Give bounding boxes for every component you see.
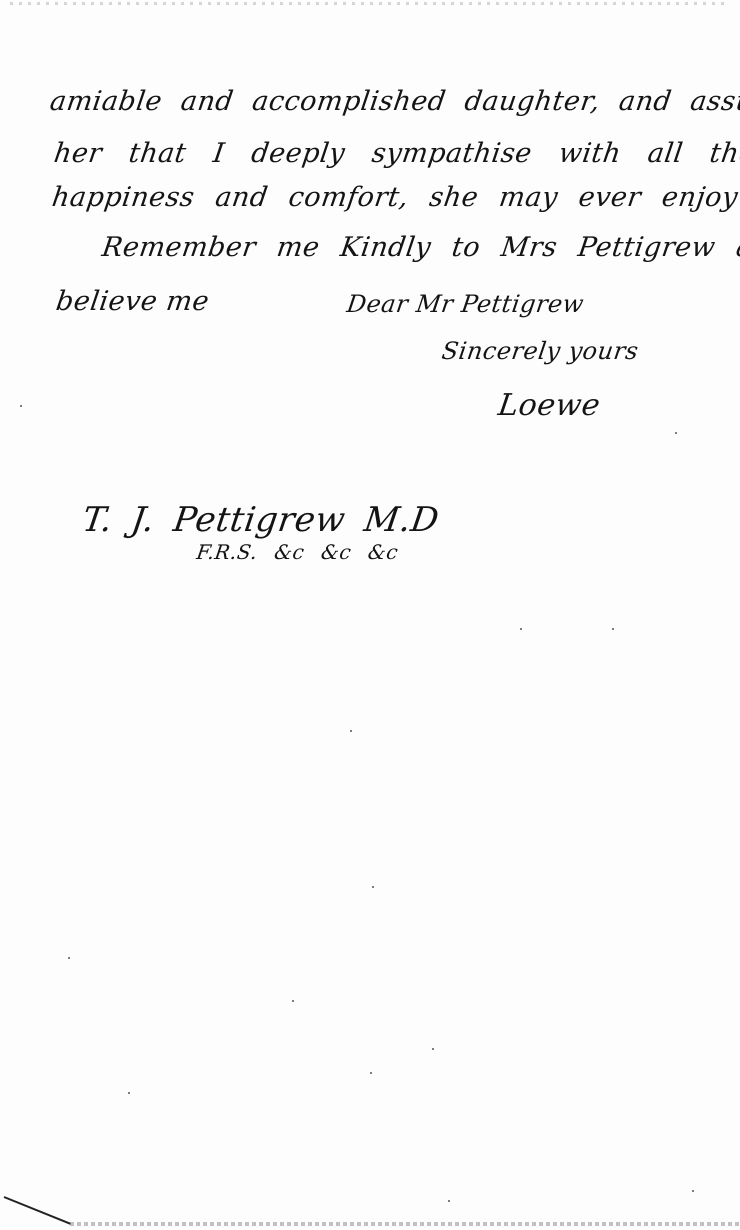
- letter-body-line-4: Remember me Kindly to Mrs Pettigrew and: [100, 232, 740, 263]
- scan-speck: [432, 1048, 434, 1050]
- scan-speck: [520, 628, 522, 630]
- addressee-credentials: F.R.S. &c &c &c: [195, 540, 400, 564]
- scan-speck: [350, 730, 352, 732]
- scan-speck: [448, 1200, 450, 1202]
- letter-body-line-1: amiable and accomplished daughter, and a…: [48, 86, 740, 117]
- salutation: Dear Mr Pettigrew: [345, 290, 586, 318]
- letter-page: amiable and accomplished daughter, and a…: [0, 0, 740, 1230]
- scan-speck: [675, 432, 677, 434]
- scan-speck: [692, 1190, 694, 1192]
- page-corner-mark: [4, 1196, 72, 1225]
- addressee-name: T. J. Pettigrew M.D: [80, 500, 442, 540]
- scan-speck: [292, 1000, 294, 1002]
- page-bottom-edge: [70, 1222, 740, 1226]
- scan-speck: [128, 1092, 130, 1094]
- letter-body-line-5: believe me: [54, 286, 211, 317]
- scan-speck: [370, 1072, 372, 1074]
- scan-speck: [20, 405, 22, 407]
- letter-body-line-2: her that I deeply sympathise with all th…: [52, 138, 740, 169]
- scan-speck: [68, 957, 70, 959]
- page-top-edge: [10, 2, 730, 5]
- scan-speck: [372, 886, 374, 888]
- letter-body-line-3: happiness and comfort, she may ever enjo…: [50, 182, 740, 213]
- scan-speck: [612, 628, 614, 630]
- closing: Sincerely yours: [440, 337, 640, 365]
- signature: Loewe: [496, 388, 603, 423]
